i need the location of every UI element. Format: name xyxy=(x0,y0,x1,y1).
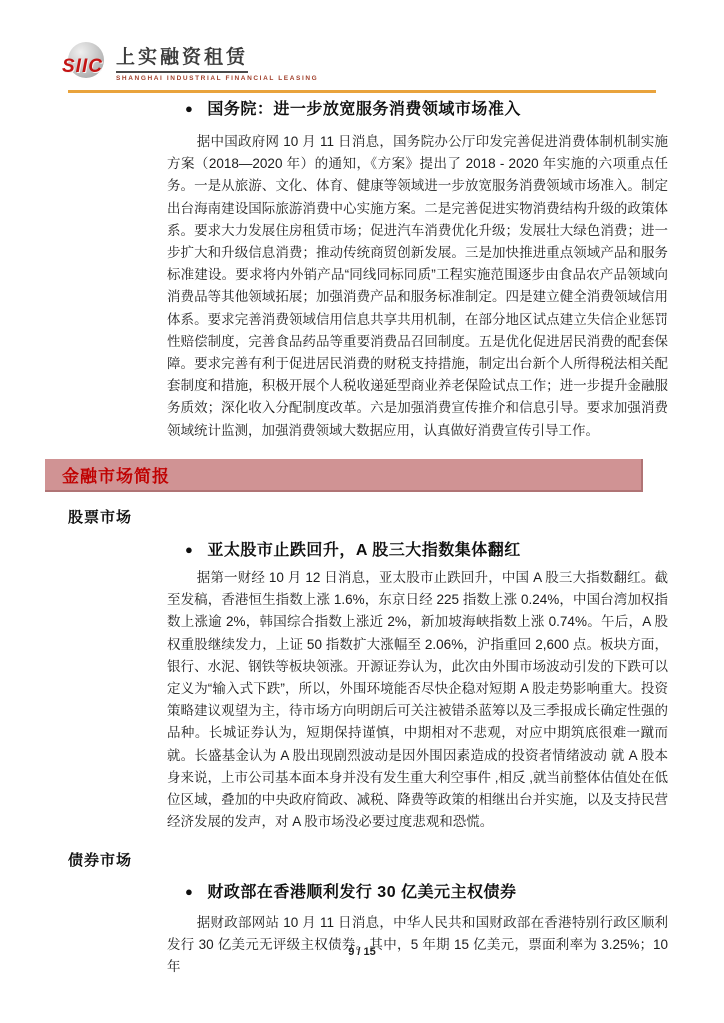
policy-headline: ● 国务院：进一步放宽服务消费领域市场准入 xyxy=(185,96,521,119)
company-logo: SIIC 上实融资租赁 SHANGHAI INDUSTRIAL FINANCIA… xyxy=(66,40,318,84)
logo-siic-text: SIIC xyxy=(62,56,103,78)
report-page: SIIC 上实融资租赁 SHANGHAI INDUSTRIAL FINANCIA… xyxy=(0,0,724,1023)
page-number: 9 / 15 xyxy=(0,946,724,958)
stock-market-label: 股票市场 xyxy=(68,506,132,527)
logo-company-subtitle: SHANGHAI INDUSTRIAL FINANCIAL LEASING xyxy=(116,75,318,82)
policy-body: 据中国政府网 10 月 11 日消息，国务院办公厅印发完善促进消费体制机制实施方… xyxy=(167,131,668,442)
bullet-icon: ● xyxy=(185,101,193,116)
siic-logo-mark: SIIC xyxy=(66,40,110,84)
logo-names: 上实融资租赁 SHANGHAI INDUSTRIAL FINANCIAL LEA… xyxy=(116,40,318,82)
header-rule xyxy=(68,90,656,93)
bond-headline: ● 财政部在香港顺利发行 30 亿美元主权债券 xyxy=(185,879,517,902)
bond-market-label: 债券市场 xyxy=(68,849,132,870)
stock-headline: ● 亚太股市止跌回升，A 股三大指数集体翻红 xyxy=(185,537,521,560)
section-banner-label: 金融市场简报 xyxy=(45,462,170,487)
section-banner: 金融市场简报 xyxy=(45,459,643,492)
bullet-icon: ● xyxy=(185,542,193,557)
stock-body: 据第一财经 10 月 12 日消息，亚太股市止跌回升，中国 A 股三大指数翻红。… xyxy=(167,567,668,833)
stock-headline-text: 亚太股市止跌回升，A 股三大指数集体翻红 xyxy=(207,537,520,560)
bond-headline-text: 财政部在香港顺利发行 30 亿美元主权债券 xyxy=(207,879,516,902)
logo-company-name: 上实融资租赁 xyxy=(116,42,248,73)
policy-headline-text: 国务院：进一步放宽服务消费领域市场准入 xyxy=(207,96,521,119)
bullet-icon: ● xyxy=(185,884,193,899)
